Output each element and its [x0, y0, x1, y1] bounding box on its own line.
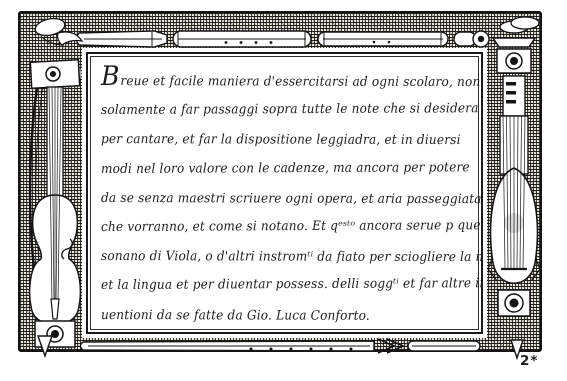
pendant-drop-icon — [36, 334, 54, 358]
title-text-panel: Breue et facile maniera d'essercitarsi a… — [86, 52, 483, 334]
title-line-3: per cantare, et far la dispositione legg… — [101, 125, 454, 155]
title-line-2: solamente a far passaggi sopra tutte le … — [101, 95, 455, 126]
viol-and-bow-icon — [25, 53, 87, 350]
corner-scroll-ornament-icon — [28, 15, 92, 57]
title-line-9: uentioni da se fatte da Gio. Luca Confor… — [101, 301, 454, 331]
title-line-7: sonano di Viola, o d'altri instromᵗⁱ da … — [101, 242, 454, 272]
title-line-6: che vorranno, et come si notano. Et qᵉˢᵗ… — [101, 211, 455, 242]
page-number: 2* — [520, 353, 538, 369]
title-line-5: da se senza maestri scriuere ogni opera,… — [101, 184, 454, 214]
flute-bottom-border-icon — [76, 335, 486, 357]
scanned-document-page: Breue et facile maniera d'essercitarsi a… — [0, 0, 567, 381]
lute-icon — [485, 18, 543, 342]
title-line-8: et la lingua et per diuentar possess. de… — [101, 270, 455, 301]
engraved-border-frame: Breue et facile maniera d'essercitarsi a… — [18, 11, 542, 352]
title-line-4: modi nel loro valore con le cadenze, ma … — [101, 153, 455, 184]
title-line-1: Breue et facile maniera d'essercitarsi a… — [101, 62, 454, 97]
corner-knob-icon — [508, 15, 542, 31]
recorders-top-border-icon — [74, 25, 490, 53]
